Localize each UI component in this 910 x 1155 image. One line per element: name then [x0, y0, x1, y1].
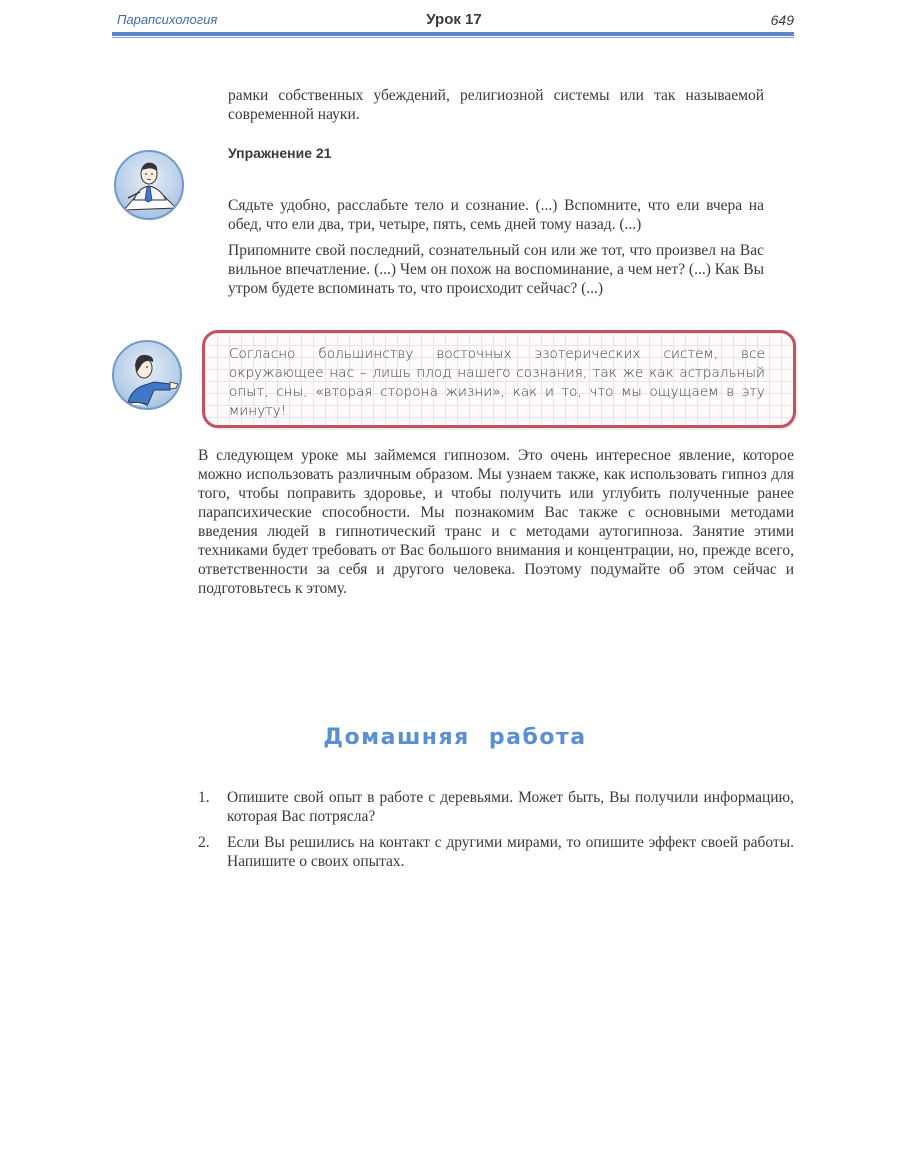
- exercise-paragraph: Припомните свой последний, сознательный …: [228, 241, 764, 298]
- homework-item-text: Если Вы решились на контакт с другими ми…: [227, 834, 794, 870]
- main-paragraph: В следующем уроке мы займемся гипнозом. …: [198, 446, 794, 598]
- homework-item-text: Опишите свой опыт в работе с деревьями. …: [227, 789, 794, 825]
- homework-list: 1. Опишите свой опыт в работе с деревьям…: [198, 788, 794, 878]
- running-header: Парапсихология Урок 17 649: [114, 8, 794, 30]
- exercise-title: Упражнение 21: [228, 145, 331, 161]
- homework-item: 2. Если Вы решились на контакт с другими…: [198, 833, 794, 871]
- lesson-title: Урок 17: [114, 11, 794, 28]
- homework-title: Домашняя работа: [0, 725, 910, 750]
- man-writing-icon: [114, 150, 184, 220]
- homework-item-number: 1.: [198, 788, 210, 807]
- header-rule: [112, 32, 794, 36]
- page-number: 649: [771, 12, 794, 28]
- man-pointing-icon: [112, 340, 182, 410]
- homework-item-number: 2.: [198, 833, 210, 852]
- exercise-paragraph: Сядьте удобно, расслабьте тело и сознани…: [228, 196, 764, 234]
- homework-item: 1. Опишите свой опыт в работе с деревьям…: [198, 788, 794, 826]
- header-rule-thin: [112, 37, 794, 38]
- note-text: Согласно большинству восточных эзотериче…: [229, 345, 765, 421]
- note-box: Согласно большинству восточных эзотериче…: [202, 330, 796, 428]
- intro-paragraph: рамки собственных убеждений, религиозной…: [228, 86, 764, 124]
